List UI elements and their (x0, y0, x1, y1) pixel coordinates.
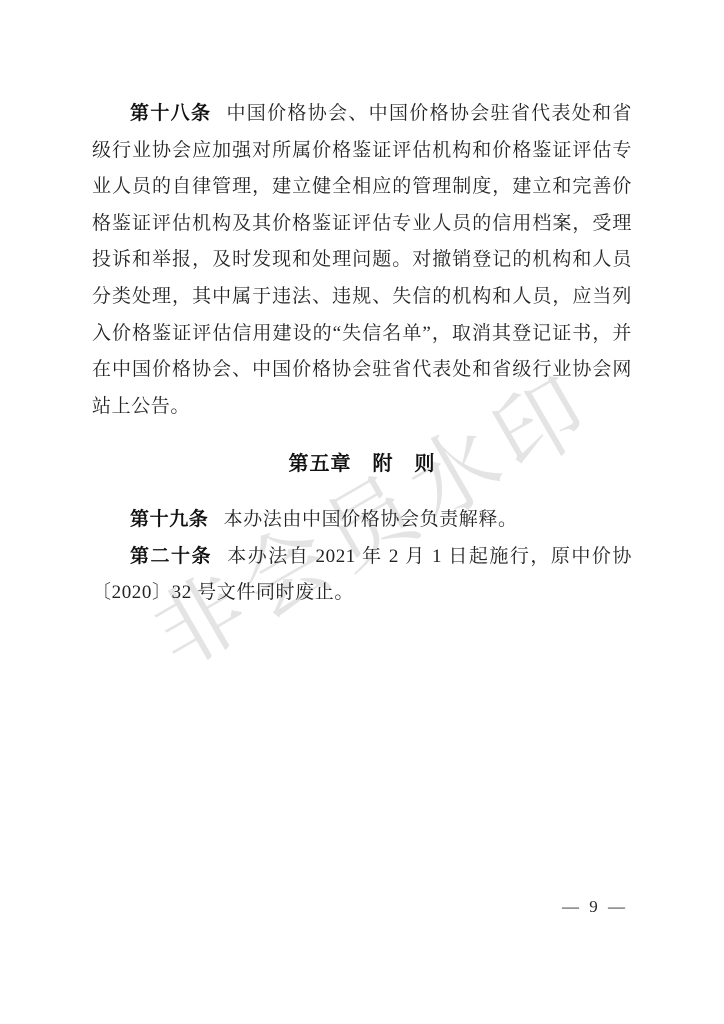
article-19-text: 本办法由中国价格协会负责解释。 (224, 509, 518, 530)
article-18-label: 第十八条 (130, 103, 211, 124)
article-18-paragraph: 第十八条中国价格协会、中国价格协会驻省代表处和省级行业协会应加强对所属价格鉴证评… (92, 96, 632, 425)
article-18-text: 中国价格协会、中国价格协会驻省代表处和省级行业协会应加强对所属价格鉴证评估机构和… (92, 103, 632, 417)
article-19-paragraph: 第十九条本办法由中国价格协会负责解释。 (92, 502, 632, 539)
article-19-label: 第十九条 (130, 509, 208, 530)
document-page: 非会员水印 第十八条中国价格协会、中国价格协会驻省代表处和省级行业协会应加强对所… (0, 0, 724, 1024)
article-20-label: 第二十条 (130, 546, 212, 567)
document-body: 第十八条中国价格协会、中国价格协会驻省代表处和省级行业协会应加强对所属价格鉴证评… (92, 96, 632, 612)
article-20-paragraph: 第二十条本办法自 2021 年 2 月 1 日起施行，原中价协〔2020〕32 … (92, 539, 632, 612)
page-number: — 9 — (562, 897, 628, 917)
chapter-heading: 第五章 附 则 (92, 446, 632, 483)
